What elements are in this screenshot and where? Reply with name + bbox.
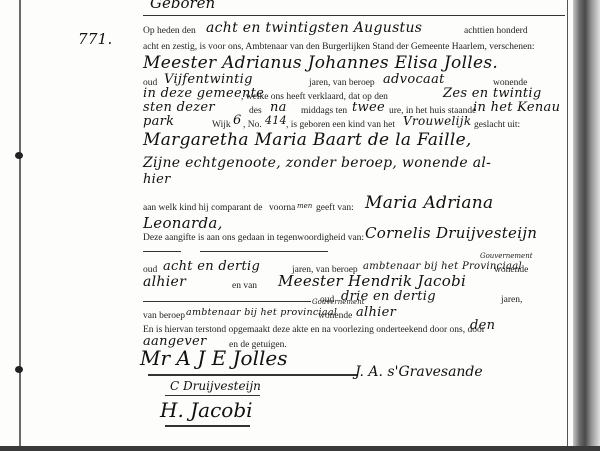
printed-text: , No. (243, 120, 262, 130)
book-binding-edge (573, 0, 600, 451)
handwritten-date: acht en twintigsten Augustus (206, 20, 422, 36)
handwritten-age: acht en dertig (163, 259, 260, 274)
blank-rule (143, 251, 181, 252)
printed-text: geeft van: (316, 203, 354, 213)
ink-blot (15, 366, 23, 373)
handwritten-hour: twee (352, 100, 385, 115)
handwritten-residence: alhier (143, 274, 186, 290)
handwritten-text: hier (143, 172, 171, 187)
handwritten-witness1-name: Cornelis Druijvesteijn (365, 224, 537, 242)
handwritten-residence: alhier (356, 305, 396, 320)
printed-text: middags ten (301, 106, 347, 116)
printed-text: Wijk (212, 120, 231, 130)
signature-witness1: C Druijvesteijn (170, 379, 261, 393)
handwritten-profession: advocaat (383, 72, 445, 87)
handwritten-wijk: 6 (233, 113, 242, 128)
page-bottom-edge (0, 446, 600, 451)
handwritten-age: Vijfentwintig (164, 72, 253, 87)
signature-witness2: H. Jacobi (160, 398, 253, 422)
signature-underline (165, 425, 250, 427)
printed-text: , is geboren een kind van het (286, 120, 395, 130)
handwritten-text: na (270, 100, 287, 115)
handwritten-text: den (470, 318, 495, 333)
ink-blot (15, 152, 23, 159)
signature-declarant: Mr A J E Jolles (140, 346, 287, 370)
handwritten-mother-name: Margaretha Maria Baart de la Faille, (143, 130, 472, 150)
printed-text: Op heden den (143, 26, 196, 36)
handwritten-text: Zijne echtgenoote, zonder beroep, wonend… (143, 155, 491, 171)
printed-text: Deze aangifte is aan ons gedaan in tegen… (143, 233, 364, 243)
printed-text: wonende (318, 311, 352, 321)
handwritten-superscript: Gouvernement (480, 252, 533, 260)
printed-text: acht en zestig, is voor ons, Ambtenaar v… (143, 42, 535, 52)
blank-rule (143, 301, 311, 302)
handwritten-birth-day: Zes en twintig (443, 86, 542, 101)
record-number: 771. (78, 30, 113, 48)
signature-registrar: J. A. s'Gravesande (355, 364, 483, 380)
printed-text: aan welk kind hij comparant de (143, 203, 263, 213)
header-rule (143, 15, 565, 16)
handwritten-address: park (143, 114, 174, 129)
printed-text: jaren, (501, 295, 522, 305)
printed-text: jaren, van beroep (309, 78, 375, 88)
document-page: Geboren 771. Op heden den acht en twinti… (0, 0, 600, 451)
handwritten-sex: Vrouwelijk (403, 114, 471, 128)
printed-text: en van (232, 281, 257, 291)
printed-text: geslacht uit: (474, 120, 520, 130)
handwritten-witness2-name: Meester Hendrik Jacobi (278, 272, 466, 290)
signature-underline (165, 395, 260, 396)
handwritten-superscript: men (297, 202, 312, 210)
printed-text: wonende (494, 265, 528, 275)
header-script: Geboren (150, 0, 215, 12)
handwritten-house-number: 414 (265, 114, 287, 127)
handwritten-declarant-name: Meester Adrianus Johannes Elisa Jolles. (143, 53, 498, 73)
blank-rule (200, 251, 328, 252)
handwritten-text: sten dezer (143, 100, 215, 115)
handwritten-address: in het Kenau (473, 100, 560, 115)
page-border (567, 0, 568, 451)
printed-text: achttien honderd (464, 26, 528, 36)
margin-rule (19, 0, 21, 451)
signature-underline (148, 374, 358, 376)
printed-text: des (249, 106, 262, 116)
printed-text: voorna (269, 203, 295, 213)
handwritten-given-names-cont: Leonarda, (143, 214, 223, 232)
handwritten-given-names: Maria Adriana (365, 193, 494, 213)
handwritten-profession: ambtenaar bij het provinciaal (186, 307, 337, 318)
printed-text: van beroep (143, 311, 185, 321)
